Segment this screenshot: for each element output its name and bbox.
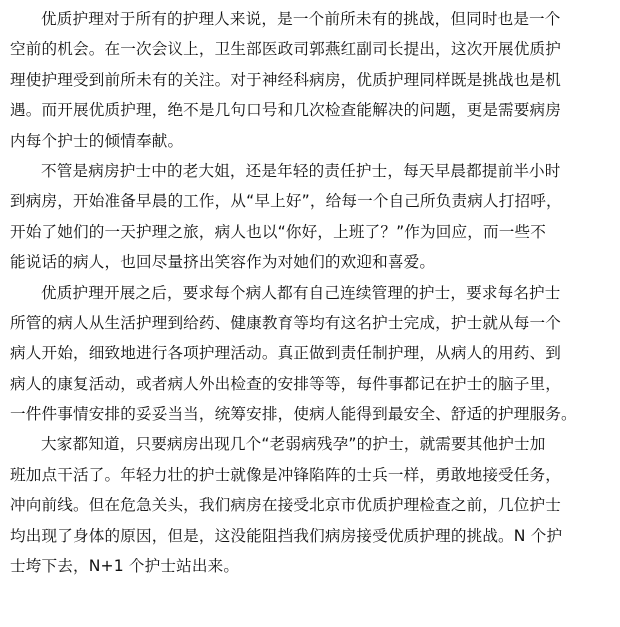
text-line: 病人的康复活动，或者病人外出检查的安排等等，每件事都记在护士的脑子里， — [10, 369, 610, 399]
text-line: 不管是病房护士中的老大姐，还是年轻的责任护士，每天早晨都提前半小时 — [10, 156, 610, 186]
text-line: 所管的病人从生活护理到给药、健康教育等均有这名护士完成，护士就从每一个 — [10, 308, 610, 338]
text-line: 均出现了身体的原因，但是，这没能阻挡我们病房接受优质护理的挑战。N 个护 — [10, 521, 610, 551]
text-line: 病人开始，细致地进行各项护理活动。真正做到责任制护理，从病人的用药、到 — [10, 338, 610, 368]
text-line: 内每个护士的倾情奉献。 — [10, 126, 610, 156]
text-line: 空前的机会。在一次会议上，卫生部医政司郭燕红副司长提出，这次开展优质护 — [10, 34, 610, 64]
document-body: 优质护理对于所有的护理人来说，是一个前所未有的挑战，但同时也是一个 空前的机会。… — [10, 4, 610, 581]
text-line: 优质护理开展之后，要求每个病人都有自己连续管理的护士，要求每名护士 — [10, 278, 610, 308]
text-line: 冲向前线。但在危急关头，我们病房在接受北京市优质护理检查之前，几位护士 — [10, 490, 610, 520]
text-line: 优质护理对于所有的护理人来说，是一个前所未有的挑战，但同时也是一个 — [10, 4, 610, 34]
text-line: 士垮下去，N+1 个护士站出来。 — [10, 551, 610, 581]
text-line: 班加点干活了。年轻力壮的护士就像是冲锋陷阵的士兵一样，勇敢地接受任务， — [10, 460, 610, 490]
text-line: 遇。而开展优质护理，绝不是几句口号和几次检查能解决的问题，更是需要病房 — [10, 95, 610, 125]
text-line: 理使护理受到前所未有的关注。对于神经科病房，优质护理同样既是挑战也是机 — [10, 65, 610, 95]
paragraph-4: 大家都知道，只要病房出现几个“老弱病残孕”的护士，就需要其他护士加 班加点干活了… — [10, 429, 610, 581]
paragraph-3: 优质护理开展之后，要求每个病人都有自己连续管理的护士，要求每名护士 所管的病人从… — [10, 278, 610, 430]
text-line: 一件件事情安排的妥妥当当，统筹安排，使病人能得到最安全、舒适的护理服务。 — [10, 399, 610, 429]
text-line: 能说话的病人，也回尽量挤出笑容作为对她们的欢迎和喜爱。 — [10, 247, 610, 277]
text-line: 开始了她们的一天护理之旅，病人也以“你好，上班了？”作为回应，而一些不 — [10, 217, 610, 247]
text-line: 大家都知道，只要病房出现几个“老弱病残孕”的护士，就需要其他护士加 — [10, 429, 610, 459]
paragraph-2: 不管是病房护士中的老大姐，还是年轻的责任护士，每天早晨都提前半小时 到病房，开始… — [10, 156, 610, 278]
text-line: 到病房，开始准备早晨的工作，从“早上好”，给每一个自己所负责病人打招呼， — [10, 186, 610, 216]
paragraph-1: 优质护理对于所有的护理人来说，是一个前所未有的挑战，但同时也是一个 空前的机会。… — [10, 4, 610, 156]
